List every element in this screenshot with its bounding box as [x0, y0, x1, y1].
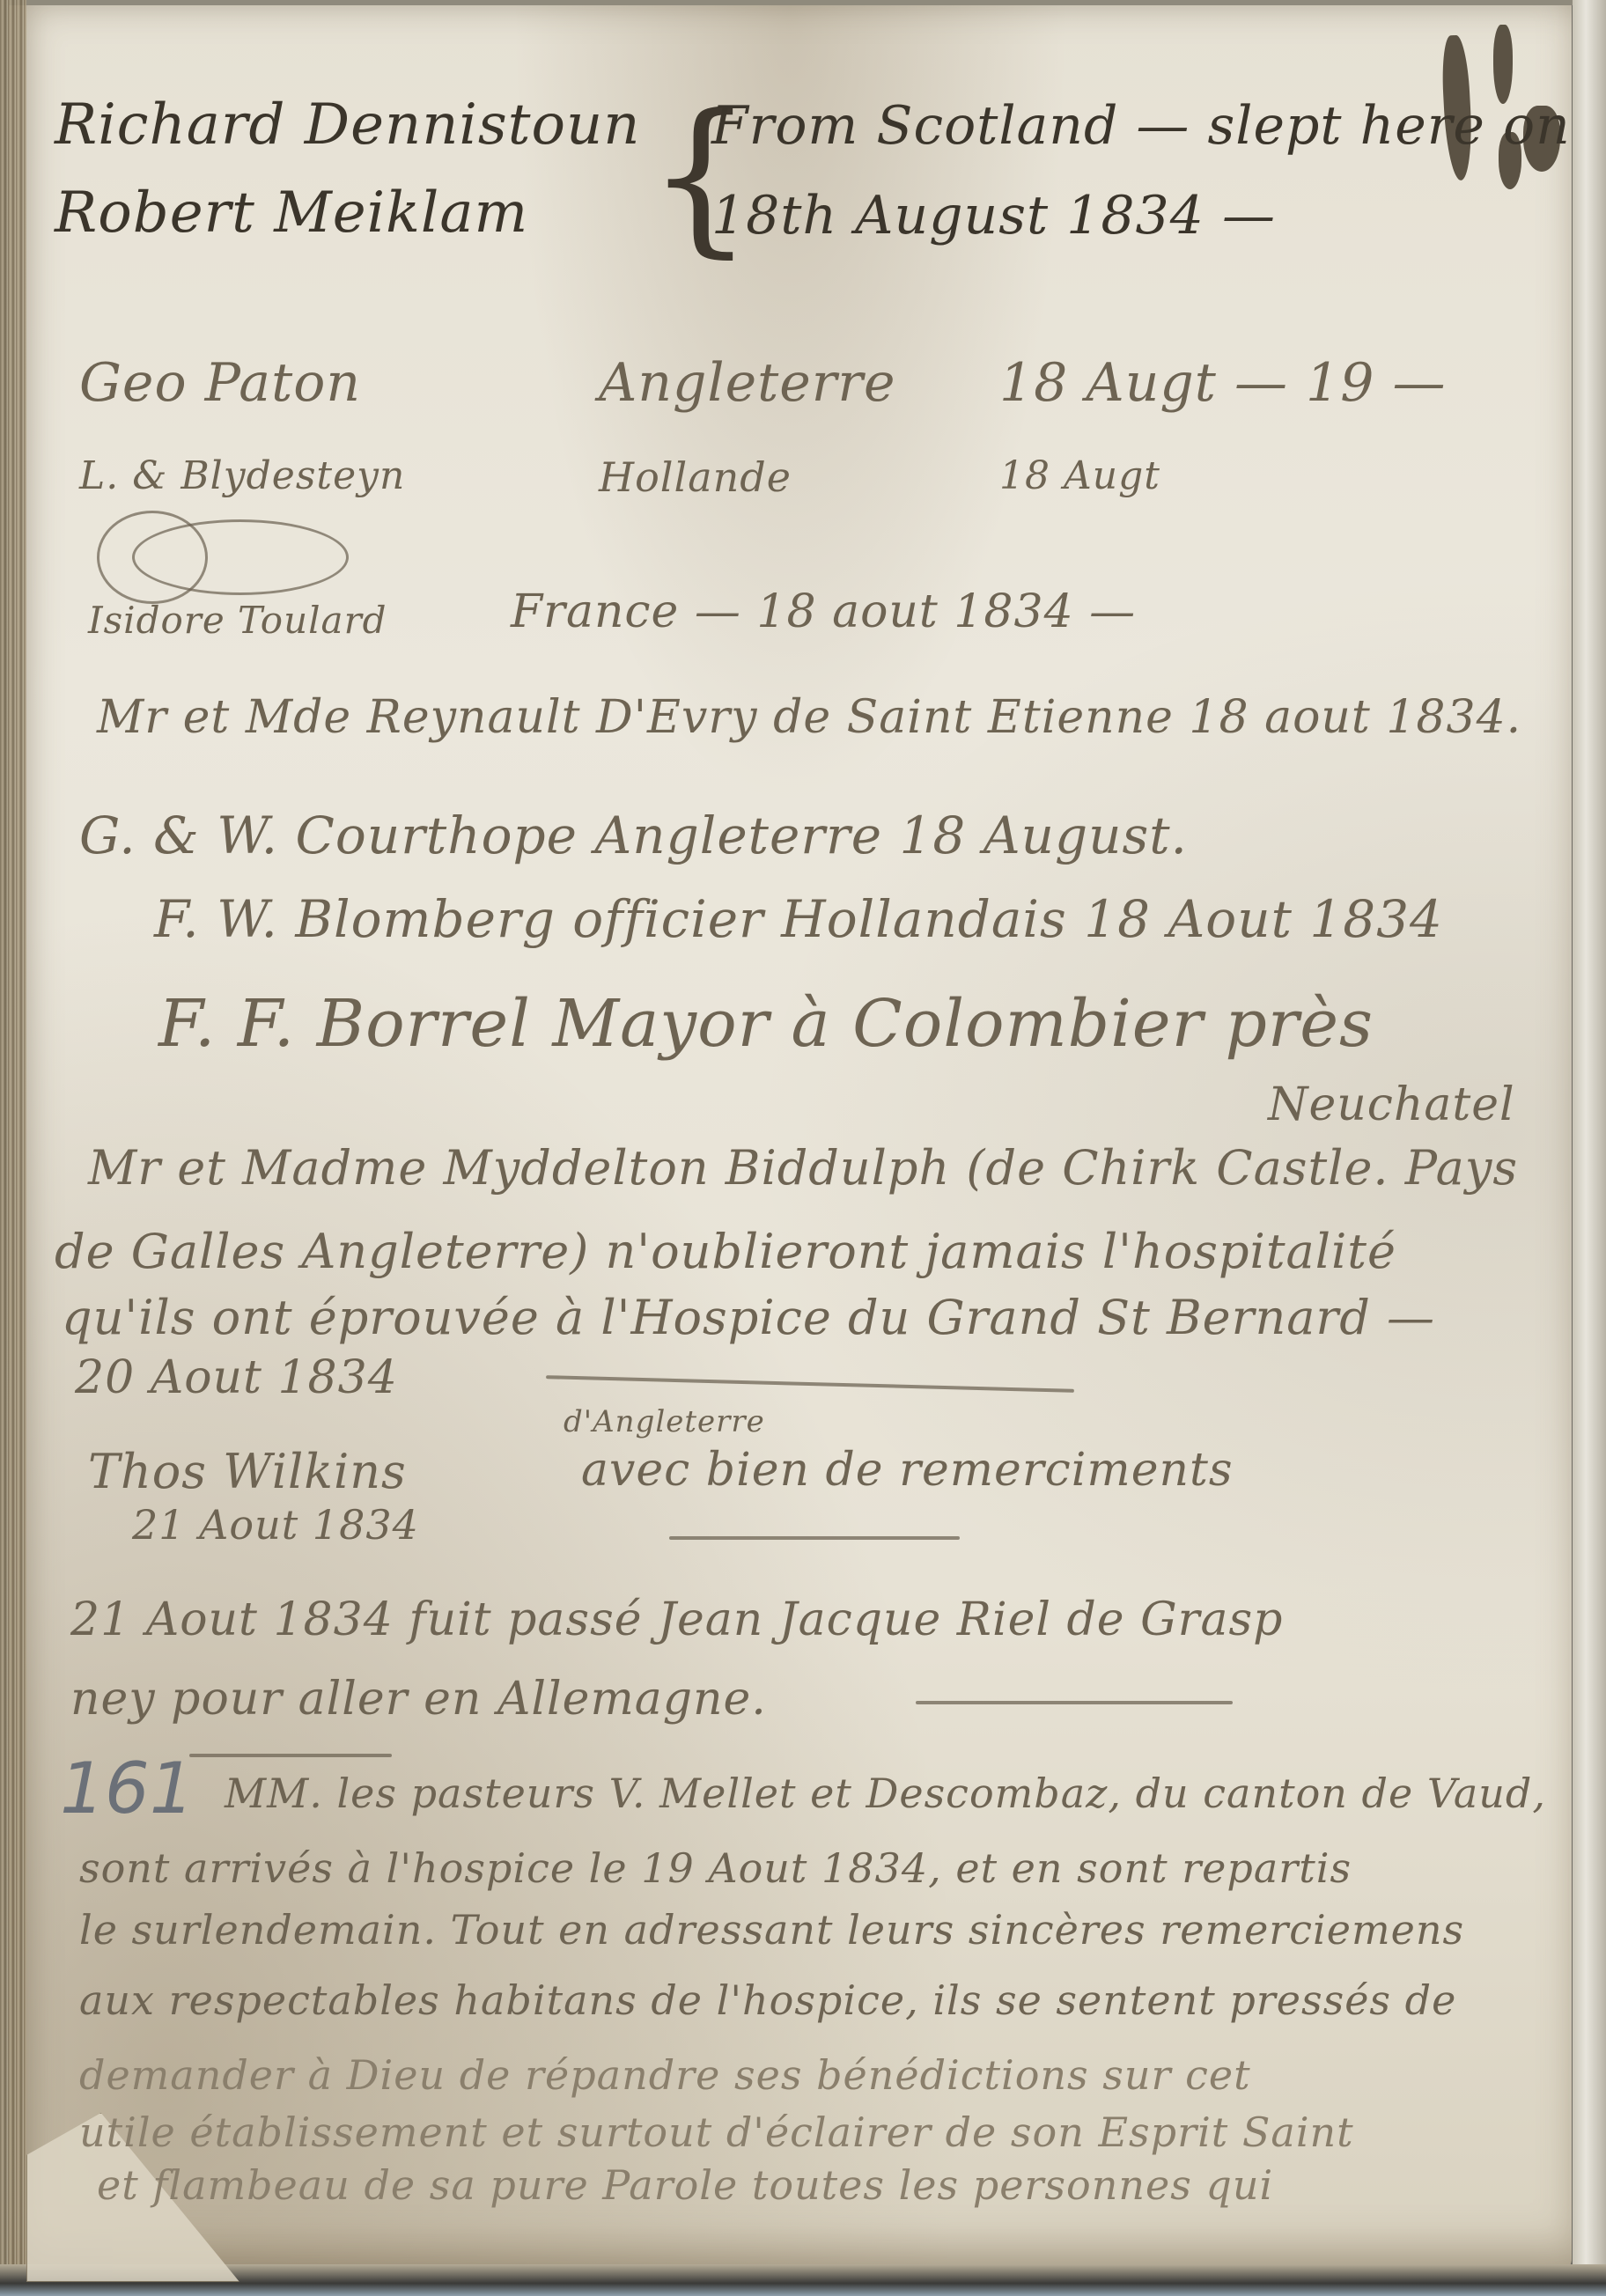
- entry-text: MM. les pasteurs V. Mellet et Descombaz,…: [225, 1770, 1546, 1817]
- entry-text: Mr et Madme Myddelton Biddulph (de Chirk…: [88, 1140, 1518, 1196]
- page-number: 161: [60, 1748, 195, 1829]
- entry-date: 18th August 1834 —: [711, 185, 1276, 247]
- entry-superscript: d'Angleterre: [564, 1404, 765, 1439]
- divider-line: [669, 1536, 960, 1540]
- entry-text: 21 Aout 1834 fuit passé Jean Jacque Riel…: [70, 1593, 1283, 1646]
- entry-country: France: [511, 585, 679, 638]
- entry-country-date: France — 18 aout 1834 —: [511, 585, 1136, 638]
- entry-date: — 18 aout 1834 —: [695, 585, 1136, 638]
- entry-date: 18 Augt: [999, 453, 1160, 498]
- entry-text: F. W. Blomberg officier Hollandais 18 Ao…: [154, 889, 1443, 949]
- entry-text: aux respectables habitans de l'hospice, …: [79, 1976, 1456, 2024]
- entry-text: avec bien de remerciments: [581, 1444, 1234, 1497]
- entry-text: Mr et Mde Reynault D'Evry de Saint Etien…: [97, 691, 1521, 744]
- entry-name: Thos Wilkins: [88, 1444, 407, 1499]
- book-spine-edge: [0, 0, 26, 2296]
- entry-country: Hollande: [599, 453, 792, 501]
- divider-line: [189, 1754, 392, 1757]
- corner-ink-mark: [1493, 25, 1513, 104]
- entry-text: ney pour aller en Allemagne.: [70, 1673, 767, 1726]
- page-bottom-edge: [0, 2264, 1606, 2296]
- entry-name: Richard Dennistoun: [55, 92, 640, 158]
- entry-text: demander à Dieu de répandre ses bénédict…: [79, 2051, 1251, 2099]
- entry-name: Geo Paton: [79, 352, 361, 414]
- entry-date: 18 Augt — 19 —: [999, 352, 1446, 414]
- entry-text: le surlendemain. Tout en adressant leurs…: [79, 1906, 1464, 1954]
- entry-date: 20 Aout 1834: [75, 1351, 398, 1404]
- entry-continuation: Neuchatel: [1268, 1078, 1515, 1131]
- scanned-manuscript: Richard Dennistoun Robert Meiklam { From…: [0, 0, 1606, 2296]
- entry-name: Robert Meiklam: [55, 180, 528, 246]
- entry-name: Isidore Toulard: [88, 599, 387, 642]
- entry-text: G. & W. Courthope Angleterre 18 August.: [79, 806, 1188, 865]
- entry-text: de Galles Angleterre) n'oublieront jamai…: [55, 1224, 1396, 1279]
- entry-note: From Scotland — slept here on: [711, 95, 1571, 157]
- signature-flourish: [132, 519, 349, 595]
- entry-text: F. F. Borrel Mayor à Colombier près: [158, 986, 1374, 1062]
- entry-text: et flambeau de sa pure Parole toutes les…: [97, 2161, 1273, 2209]
- entry-date: 21 Aout 1834: [132, 1501, 419, 1549]
- entry-country: Angleterre: [599, 352, 896, 414]
- entry-text: utile établissement et surtout d'éclaire…: [79, 2108, 1354, 2156]
- page-fore-edge: [1573, 0, 1606, 2296]
- divider-line: [916, 1701, 1233, 1704]
- entry-name: L. & Blydesteyn: [79, 453, 405, 498]
- entry-text: sont arrivés à l'hospice le 19 Aout 1834…: [79, 1844, 1352, 1892]
- entry-text: qu'ils ont éprouvée à l'Hospice du Grand…: [62, 1290, 1435, 1345]
